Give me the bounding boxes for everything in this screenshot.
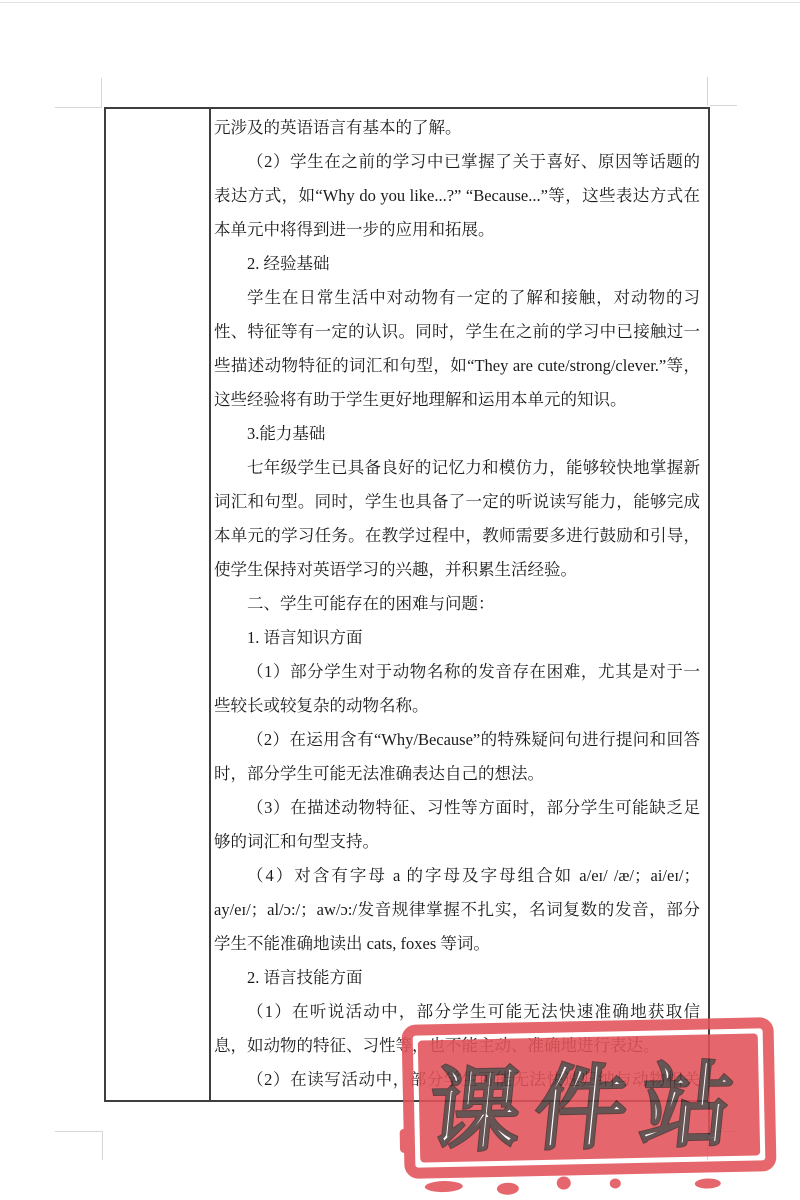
paragraph: 二、学生可能存在的困难与问题： <box>214 587 700 621</box>
paragraph: 3.能力基础 <box>214 417 700 451</box>
lesson-plan-table: 元涉及的英语语言有基本的了解。（2）学生在之前的学习中已掌握了关于喜好、原因等话… <box>104 107 710 1102</box>
page-boundary-line <box>0 2 800 3</box>
stamp-text: 课件站 <box>423 1026 755 1171</box>
paragraph: （1）部分学生对于动物名称的发音存在困难，尤其是对于一些较长或较复杂的动物名称。 <box>214 655 700 723</box>
stamp-ink-splatter <box>610 1178 621 1188</box>
margin-crop-mark-bottom-left <box>55 1131 103 1132</box>
margin-crop-mark-top-left <box>101 78 102 108</box>
margin-crop-mark-top-left <box>55 107 102 108</box>
table-left-column-cell <box>106 109 209 1100</box>
stamp-ink-splatter <box>557 1176 571 1189</box>
stamp-ink-splatter <box>497 1182 519 1194</box>
paragraph: 七年级学生已具备良好的记忆力和模仿力，能够较快地掌握新词汇和句型。同时，学生也具… <box>214 451 700 587</box>
stamp-ink-splatter <box>425 1181 463 1193</box>
stamp-ink-splatter <box>400 1129 410 1153</box>
paragraph: 元涉及的英语语言有基本的了解。 <box>214 111 700 145</box>
margin-crop-mark-top-right <box>710 105 737 106</box>
paragraph: 2. 经验基础 <box>214 247 700 281</box>
paragraph: （2）在运用含有“Why/Because”的特殊疑问句进行提问和回答时，部分学生… <box>214 723 700 791</box>
margin-crop-mark-bottom-left <box>102 1131 103 1160</box>
paragraph: 学生在日常生活中对动物有一定的了解和接触，对动物的习性、特征等有一定的认识。同时… <box>214 281 700 417</box>
table-content-cell: 元涉及的英语语言有基本的了解。（2）学生在之前的学习中已掌握了关于喜好、原因等话… <box>211 109 708 1100</box>
paragraph: 2. 语言技能方面 <box>214 961 700 995</box>
stamp-background: 课件站 <box>418 1033 760 1162</box>
paragraph: 1. 语言知识方面 <box>214 621 700 655</box>
stamp-ink-splatter <box>695 1178 721 1189</box>
kejianzhan-stamp-watermark: 课件站 <box>401 1017 776 1179</box>
paragraph: （3）在描述动物特征、习性等方面时，部分学生可能缺乏足够的词汇和句型支持。 <box>214 791 700 859</box>
paragraph: （4）对含有字母 a 的字母及字母组合如 a/eɪ/ /æ/；ai/eɪ/；ay… <box>214 859 700 961</box>
margin-crop-mark-top-right <box>707 77 708 106</box>
paragraph: （2）学生在之前的学习中已掌握了关于喜好、原因等话题的表达方式，如“Why do… <box>214 145 700 247</box>
